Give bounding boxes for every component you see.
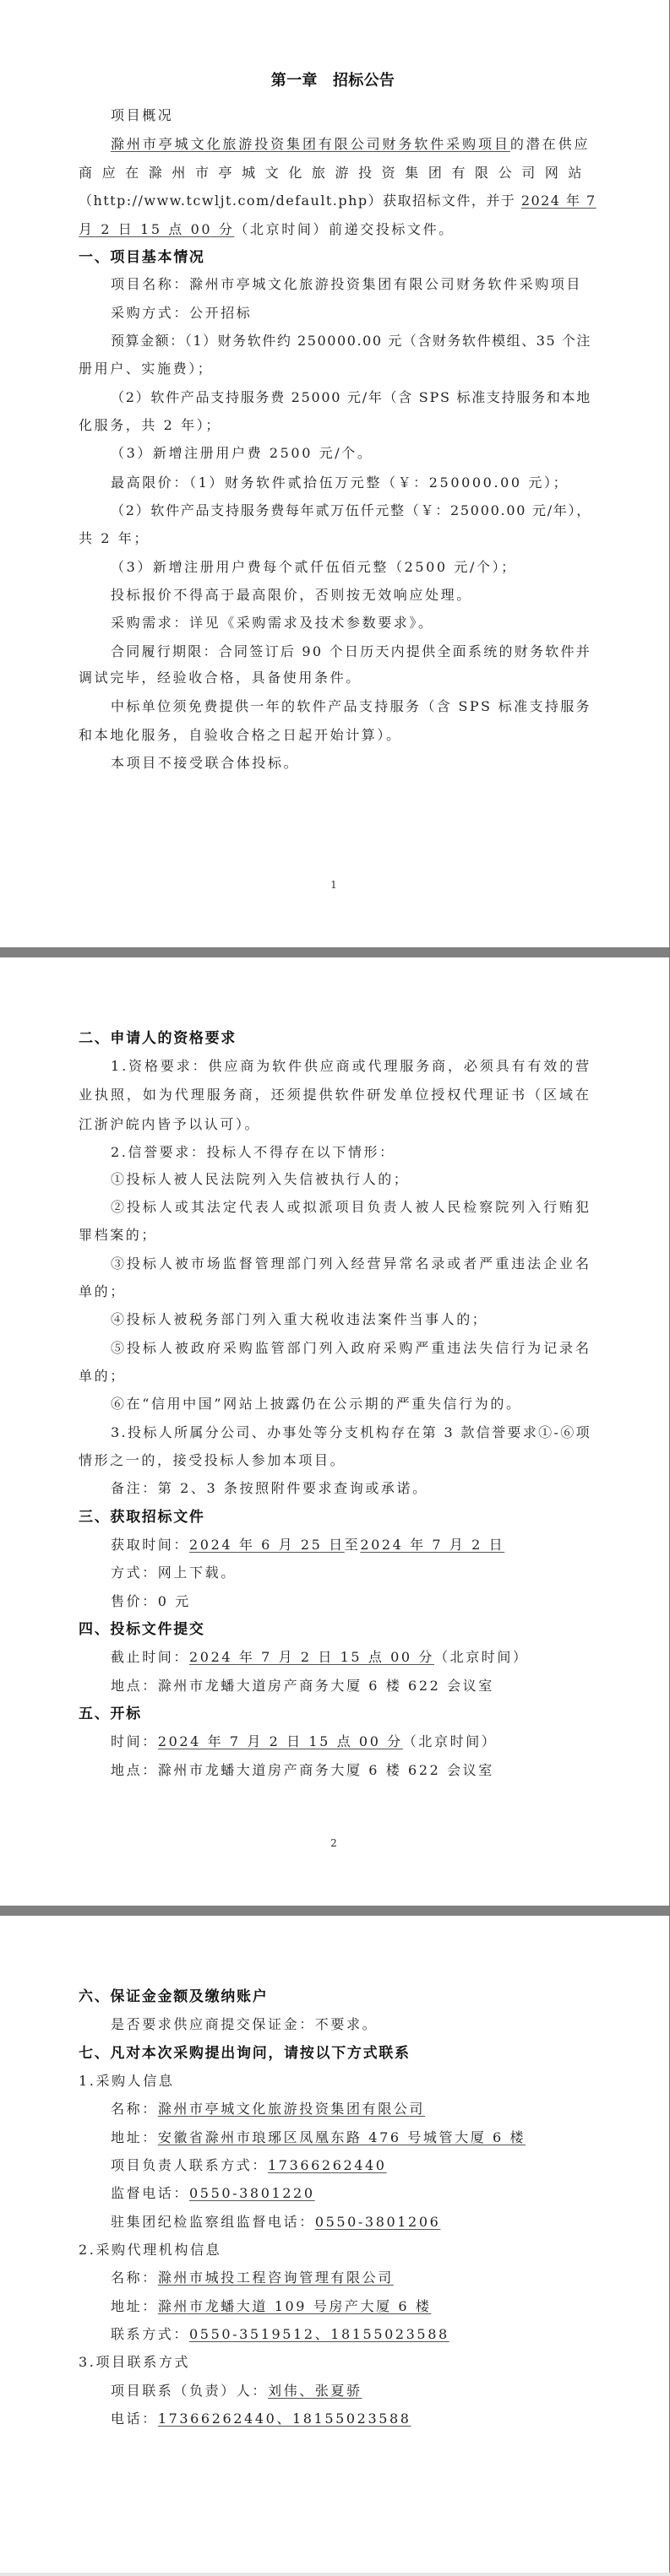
viewer-bottom-border bbox=[0, 2573, 670, 2576]
field-label: 项目联系（负责）人： bbox=[111, 2383, 268, 2399]
notice-text: （http://www.tcwljt.com/default.php）获取招标文… bbox=[79, 193, 521, 209]
deadline-value: 2024 年 7 月 2 日 15 点 00 分 bbox=[189, 1649, 434, 1665]
field-label: 地址： bbox=[111, 2129, 158, 2145]
field-value: 0550-3519512、18155023588 bbox=[189, 2326, 449, 2342]
section-heading: 四、投标文件提交 bbox=[79, 1620, 205, 1639]
procurement-method-line: 采购方式：公开招标 bbox=[111, 304, 252, 323]
purchaser-address-line: 地址：安徽省滁州市琅琊区凤凰东路 476 号城管大厦 6 楼 bbox=[111, 2129, 526, 2147]
credit-item: 单的； bbox=[79, 1367, 126, 1386]
credit-item: 单的； bbox=[79, 1283, 126, 1301]
contract-period-line: 合同履行期限：合同签订后 90 个日历天内提供全面系统的财务软件并 bbox=[111, 643, 591, 661]
bid-price-rule-line: 投标报价不得高于最高限价，否则按无效响应处理。 bbox=[111, 586, 472, 605]
opening-time-value: 2024 年 7 月 2 日 15 点 00 分 bbox=[158, 1733, 403, 1749]
field-value: 0550-3801220 bbox=[189, 2185, 315, 2201]
timezone-note: （北京时间） bbox=[434, 1649, 529, 1665]
overview-label: 项目概况 bbox=[111, 106, 173, 125]
section-heading: 五、开标 bbox=[79, 1705, 142, 1723]
credit-item: ⑤投标人被政府采购监管部门列入政府采购严重违法失信行为记录名 bbox=[111, 1339, 591, 1358]
notice-text: （北京时间）前递交投标文件。 bbox=[234, 221, 454, 237]
field-label: 联系方式： bbox=[111, 2326, 189, 2342]
field-label: 时间： bbox=[111, 1733, 158, 1749]
deadline-underlined: 2024 年 7 bbox=[521, 193, 596, 209]
credit-item: ①投标人被人民法院列入失信被执行人的； bbox=[111, 1170, 409, 1189]
budget-line: （3）新增注册用户费 2500 元/个。 bbox=[111, 444, 373, 463]
procurement-needs-line: 采购需求：详见《采购需求及技术参数要求》。 bbox=[111, 614, 434, 632]
max-price-line: （3）新增注册用户费每个贰仟伍佰元整（2500 元/个）； bbox=[111, 558, 517, 577]
section-heading: 一、项目基本情况 bbox=[79, 248, 205, 267]
project-name-line: 项目名称：滁州市亭城文化旅游投资集团有限公司财务软件采购项目 bbox=[111, 275, 582, 294]
field-value: 0550-3801206 bbox=[315, 2214, 441, 2230]
field-label: 获取时间： bbox=[111, 1537, 189, 1553]
budget-line: 预算金额：（1）财务软件约 250000.00 元（含财务软件模组、35 个注 bbox=[111, 332, 591, 350]
submission-location-line: 地点：滁州市龙蟠大道房产商务大厦 6 楼 622 会议室 bbox=[111, 1677, 494, 1695]
section-heading: 二、申请人的资格要求 bbox=[79, 1029, 237, 1048]
credit-item: ⑥在“信用中国”网站上披露仍在公示期的严重失信行为的。 bbox=[111, 1395, 522, 1413]
field-label: 地址： bbox=[111, 2298, 158, 2314]
section-heading: 七、凡对本次采购提出询问，请按以下方式联系 bbox=[79, 2044, 411, 2063]
section-heading: 六、保证金金额及缴纳账户 bbox=[79, 1988, 268, 2006]
max-price-line: （2）软件产品支持服务费每年贰万伍仟元整（￥：25000.00 元/年）， bbox=[111, 502, 591, 520]
obtain-method-line: 方式：网上下载。 bbox=[111, 1564, 237, 1582]
budget-line: （2）软件产品支持服务费 25000 元/年（含 SPS 标准支持服务和本地 bbox=[111, 388, 591, 407]
max-price-line: 共 2 年； bbox=[79, 529, 150, 548]
field-value: 滁州市龙蟠大道 109 号房产大厦 6 楼 bbox=[158, 2298, 432, 2314]
field-label: 驻集团纪检监察组监督电话： bbox=[111, 2214, 315, 2230]
support-service-line: 中标单位须免费提供一年的软件产品支持服务（含 SPS 标准支持服务 bbox=[111, 697, 591, 716]
budget-line: 册用户、实施费）； bbox=[79, 360, 213, 378]
discipline-supervision-phone-line: 驻集团纪检监察组监督电话：0550-3801206 bbox=[111, 2213, 440, 2232]
qualification-line: 业执照，如为代理服务商，还须提供软件研发单位授权代理证书（区域在 bbox=[79, 1086, 591, 1104]
credit-item: ③投标人被市场监督管理部门列入经营异常名录或者严重违法企业名 bbox=[111, 1255, 591, 1273]
field-label: 截止时间： bbox=[111, 1649, 189, 1665]
credit-item: ②投标人或其法定代表人或拟派项目负责人被人民检察院列入行贿犯 bbox=[111, 1198, 591, 1217]
qualification-line: 江浙沪皖内皆予以认可）。 bbox=[79, 1115, 260, 1134]
submission-deadline-line: 截止时间：2024 年 7 月 2 日 15 点 00 分（北京时间） bbox=[111, 1648, 529, 1667]
agency-name-line: 名称：滁州市城投工程咨询管理有限公司 bbox=[111, 2269, 394, 2287]
timezone-note: （北京时间） bbox=[403, 1733, 498, 1749]
support-service-line: 和本地化服务，自验收合格之日起开始计算）。 bbox=[79, 726, 402, 745]
deadline-underlined: 月 2 日 15 点 00 分 bbox=[79, 221, 234, 237]
page-number: 1 bbox=[321, 878, 346, 892]
section-heading: 三、获取招标文件 bbox=[79, 1508, 205, 1527]
max-price-line: 最高限价：（1）财务软件贰拾伍万元整（￥：250000.00 元）； bbox=[111, 474, 569, 492]
opening-time-line: 时间：2024 年 7 月 2 日 15 点 00 分（北京时间） bbox=[111, 1733, 497, 1751]
qualification-line: 1.资格要求：供应商为软件供应商或代理服务商，必须具有有效的营 bbox=[111, 1057, 591, 1076]
project-contact-person-line: 项目联系（负责）人：刘伟、张夏骄 bbox=[111, 2382, 362, 2400]
end-date: 2024 年 7 月 2 日 bbox=[360, 1537, 504, 1553]
branch-rule-line: 3.投标人所属分公司、办事处等分支机构存在第 3 款信誉要求①-⑥项 bbox=[111, 1424, 591, 1442]
credit-item: 罪档案的； bbox=[79, 1226, 157, 1245]
supervision-phone-line: 监督电话：0550-3801220 bbox=[111, 2184, 315, 2203]
project-contact-phone-line: 电话：17366262440、18155023588 bbox=[111, 2410, 411, 2428]
project-manager-contact-line: 项目负责人联系方式：17366262440 bbox=[111, 2156, 387, 2175]
price-line: 售价：0 元 bbox=[111, 1592, 191, 1611]
field-label: 名称： bbox=[111, 2270, 158, 2286]
deposit-line: 是否要求供应商提交保证金：不要求。 bbox=[111, 2015, 378, 2034]
opening-location-line: 地点：滁州市龙蟠大道房产商务大厦 6 楼 622 会议室 bbox=[111, 1761, 494, 1780]
field-label: 电话： bbox=[111, 2411, 158, 2427]
project-contact-label: 3.项目联系方式 bbox=[79, 2353, 190, 2372]
obtain-time-line: 获取时间：2024 年 6 月 25 日至2024 年 7 月 2 日 bbox=[111, 1536, 504, 1554]
remark-line: 备注：第 2、3 条按照附件要求查询或承诺。 bbox=[111, 1479, 428, 1498]
purchaser-info-label: 1.采购人信息 bbox=[79, 2072, 174, 2091]
budget-line: 化服务，共 2 年）； bbox=[79, 416, 221, 435]
field-value: 17366262440、18155023588 bbox=[158, 2411, 411, 2427]
field-label: 名称： bbox=[111, 2101, 158, 2117]
chapter-title: 第一章 招标公告 bbox=[0, 72, 666, 90]
field-value: 安徽省滁州市琅琊区凤凰东路 476 号城管大厦 6 楼 bbox=[158, 2129, 526, 2145]
field-value: 刘伟、张夏骄 bbox=[268, 2383, 362, 2399]
notice-line: （http://www.tcwljt.com/default.php）获取招标文… bbox=[79, 192, 596, 210]
notice-line: 商应在滁州市亭城文化旅游投资集团有限公司网站 bbox=[79, 164, 591, 182]
start-date: 2024 年 6 月 25 日 bbox=[189, 1537, 345, 1553]
branch-rule-line: 情形之一的，接受投标人参加本项目。 bbox=[79, 1451, 346, 1470]
purchaser-name-line: 名称：滁州市亭城文化旅游投资集团有限公司 bbox=[111, 2100, 425, 2118]
page-number: 2 bbox=[321, 1836, 346, 1850]
agency-contact-line: 联系方式：0550-3519512、18155023588 bbox=[111, 2325, 449, 2344]
contract-period-line: 调试完毕，经验收合格，具备使用条件。 bbox=[79, 669, 362, 687]
range-separator: 至 bbox=[345, 1537, 361, 1553]
page-divider bbox=[0, 947, 670, 957]
notice-line: 滁州市亭城文化旅游投资集团有限公司财务软件采购项目的潜在供应 bbox=[111, 135, 590, 154]
credit-requirement-line: 2.信誉要求：投标人不得存在以下情形： bbox=[111, 1143, 395, 1162]
credit-item: ④投标人被税务部门列入重大税收违法案件当事人的； bbox=[111, 1310, 488, 1329]
page-divider bbox=[0, 1906, 670, 1916]
agency-info-label: 2.采购代理机构信息 bbox=[79, 2241, 221, 2259]
field-value: 滁州市城投工程咨询管理有限公司 bbox=[158, 2270, 394, 2286]
notice-line: 月 2 日 15 点 00 分（北京时间）前递交投标文件。 bbox=[79, 220, 455, 239]
notice-text: 的潜在供应 bbox=[510, 136, 591, 152]
consortium-rule-line: 本项目不接受联合体投标。 bbox=[111, 754, 299, 773]
field-value: 滁州市亭城文化旅游投资集团有限公司 bbox=[158, 2101, 425, 2117]
project-name-underlined: 滁州市亭城文化旅游投资集团有限公司财务软件采购项目 bbox=[111, 136, 510, 152]
agency-address-line: 地址：滁州市龙蟠大道 109 号房产大厦 6 楼 bbox=[111, 2297, 431, 2316]
document-viewer: 第一章 招标公告 项目概况 滁州市亭城文化旅游投资集团有限公司财务软件采购项目的… bbox=[0, 0, 670, 2576]
field-label: 监督电话： bbox=[111, 2185, 189, 2201]
field-label: 项目负责人联系方式： bbox=[111, 2157, 268, 2173]
field-value: 17366262440 bbox=[268, 2157, 387, 2173]
